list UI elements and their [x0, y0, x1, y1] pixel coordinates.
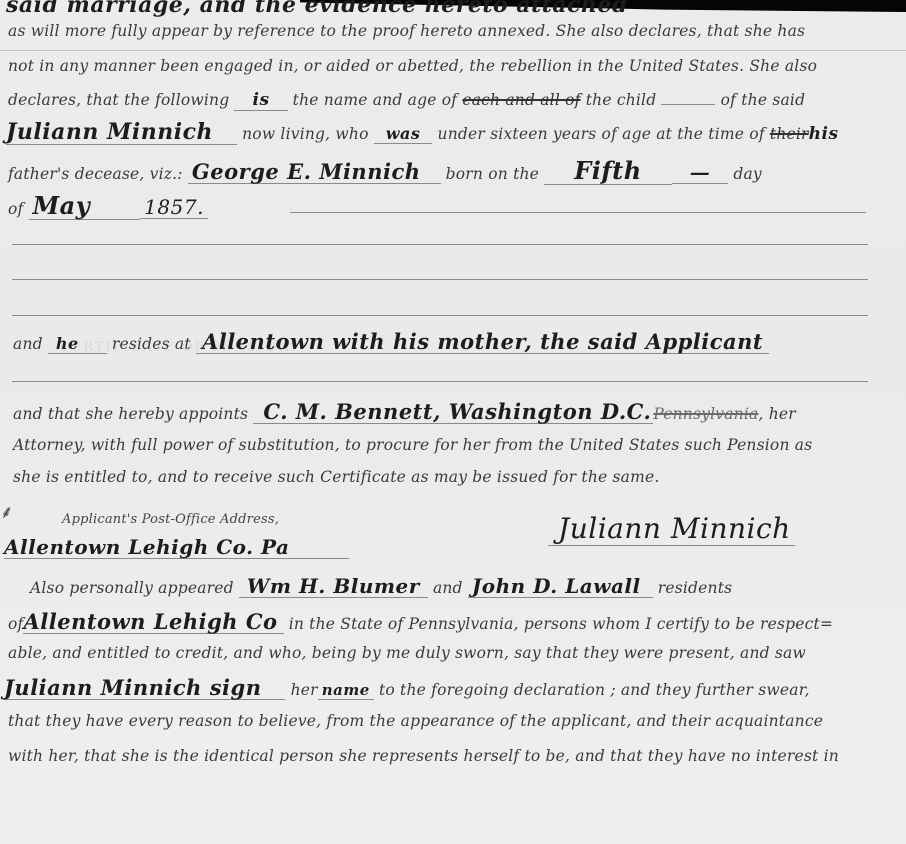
rule-line: [12, 315, 868, 316]
witness-line5: that they have every reason to believe, …: [8, 712, 823, 730]
text: Also personally appeared: [30, 579, 234, 597]
fill-residence: Allentown with his mother, the said Appl…: [196, 330, 769, 354]
fill-pronoun: he: [48, 335, 107, 354]
para1-line4: Juliann Minnich now living, who was unde…: [6, 120, 839, 145]
text: under sixteen years of age at the time o…: [438, 125, 765, 143]
text: of the said: [721, 91, 806, 109]
fill-day: Fifth: [544, 158, 672, 185]
text: to the foregoing declaration ; and they …: [379, 681, 810, 699]
text: declares, that the following: [8, 91, 229, 109]
fill-his: his: [809, 124, 839, 144]
text: resides at: [112, 335, 191, 353]
fill-witness-residence: Allentown Lehigh Co: [23, 610, 283, 634]
text: of: [8, 200, 23, 218]
residence-line: and he resides at Allentown with his mot…: [13, 330, 769, 354]
text: and that she hereby appoints: [13, 405, 248, 423]
witness-line2: ofAllentown Lehigh Co in the State of Pe…: [8, 610, 833, 634]
witness-line6: with her, that she is the identical pers…: [8, 747, 839, 765]
attorney-line1: and that she hereby appoints C. M. Benne…: [13, 400, 796, 424]
text: now living, who: [242, 125, 368, 143]
text: the name and age of: [293, 91, 458, 109]
text: born on the: [446, 165, 539, 183]
fill-address: Allentown Lehigh Co. Pa: [4, 536, 349, 559]
rule-line: [12, 381, 868, 382]
top-partial-handwriting: said marriage, and the evidence hereto a…: [6, 0, 628, 18]
fill-year: 1857.: [140, 196, 208, 219]
para1-line2: not in any manner been engaged in, or ai…: [8, 57, 817, 75]
fill-name-word: name: [318, 682, 374, 700]
rule-line: [290, 212, 866, 213]
witness-line4: Juliann Minnich sign hername to the fore…: [4, 676, 810, 700]
fill-attorney: C. M. Bennett, Washington D.C.: [253, 400, 653, 424]
attorney-line2: Attorney, with full power of substitutio…: [13, 436, 812, 454]
address-line: Allentown Lehigh Co. Pa: [4, 536, 349, 559]
para1-line5: father's decease, viz.: George E. Minnic…: [8, 158, 762, 185]
struck-their: their: [770, 125, 809, 143]
para1-line6: of May1857.: [8, 193, 208, 220]
fill-month: May: [29, 193, 141, 220]
para1-line1: as will more fully appear by reference t…: [8, 22, 805, 40]
witness-line1: Also personally appeared Wm H. Blumer an…: [30, 575, 732, 598]
fill-signer: Juliann Minnich sign: [4, 676, 285, 700]
applicant-signature: Juliann Minnich: [548, 512, 795, 546]
text: and: [433, 579, 463, 597]
rule-line: [12, 244, 868, 245]
text: and: [13, 335, 43, 353]
rule-line: [12, 279, 868, 280]
struck-each-and-all: each and all of: [462, 91, 580, 109]
document-page: CERTIFICATE OF PENSION said marriage, an…: [0, 0, 906, 844]
fill-mother-name: Juliann Minnich: [6, 120, 237, 145]
text: father's decease, viz.:: [8, 165, 183, 183]
text: in the State of Pennsylvania, persons wh…: [289, 615, 833, 633]
paper-fold: [0, 50, 906, 51]
fill-was: was: [374, 125, 433, 144]
fill-is: is: [234, 91, 287, 111]
text: day: [733, 165, 762, 183]
struck-pennsylvania: Pennsylvania: [653, 405, 758, 423]
fill-child-name: George E. Minnich: [188, 160, 441, 184]
attorney-line3: she is entitled to, and to receive such …: [13, 468, 660, 486]
blank-plural: [661, 104, 715, 105]
text: the child: [586, 91, 657, 109]
fill-witness2: John D. Lawall: [468, 575, 653, 598]
witness-line3: able, and entitled to credit, and who, b…: [8, 644, 806, 662]
para1-line3: declares, that the following is the name…: [8, 91, 805, 111]
ink-mark: ⸙: [0, 500, 14, 524]
text: her: [291, 681, 318, 699]
address-label: Applicant's Post-Office Address,: [62, 512, 279, 527]
text: residents: [658, 579, 733, 597]
fill-dash: —: [672, 161, 729, 184]
fill-witness1: Wm H. Blumer: [239, 575, 428, 598]
text: of: [8, 615, 23, 633]
text: , her: [758, 405, 795, 423]
